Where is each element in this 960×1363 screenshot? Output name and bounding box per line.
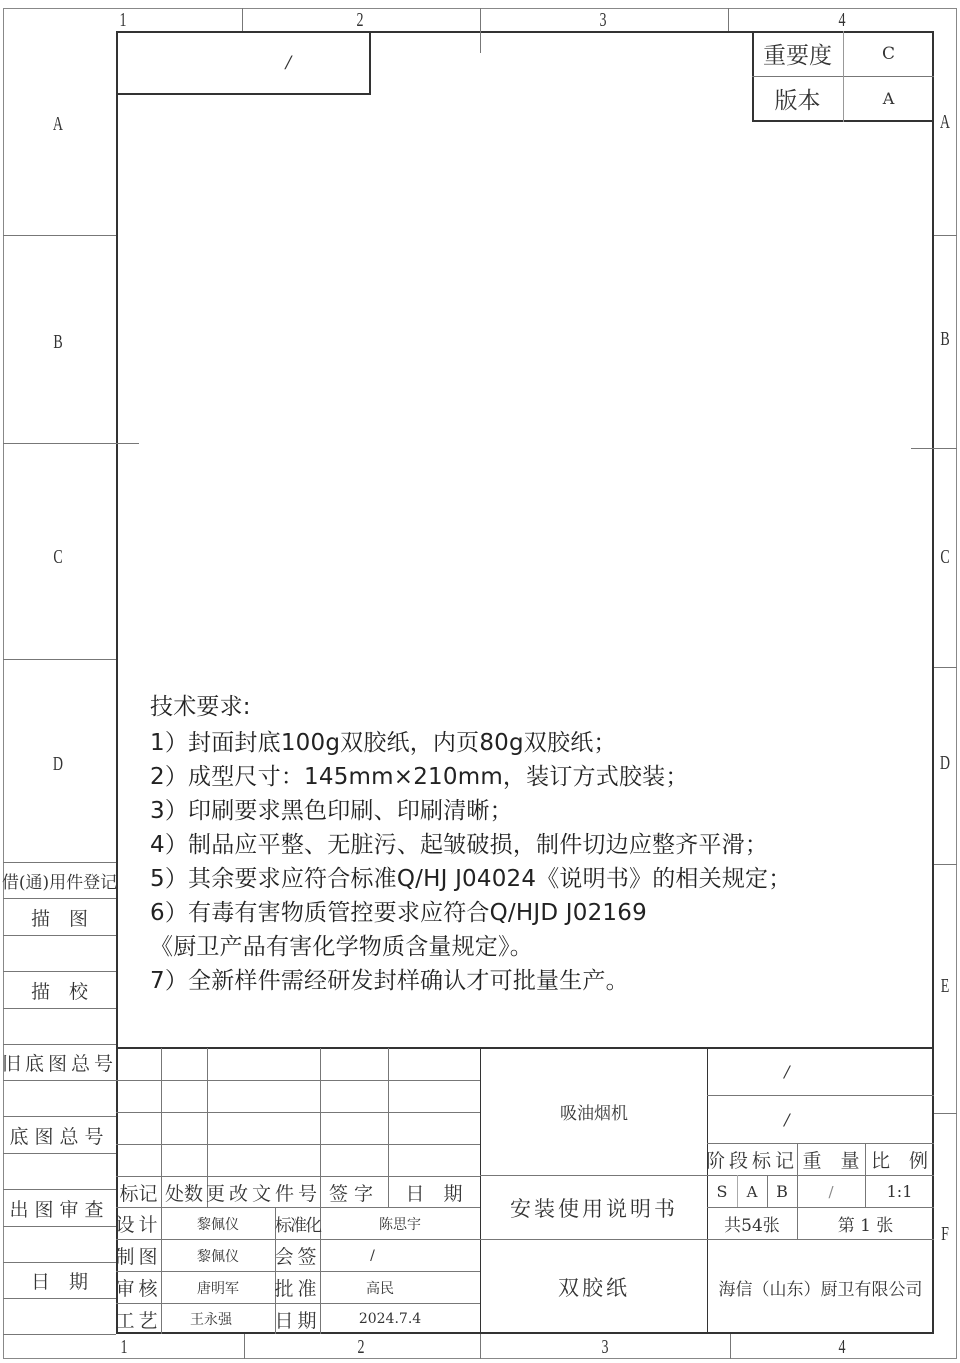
- review-name: 唐明军: [161, 1272, 275, 1303]
- top-zone-divider: [728, 8, 729, 31]
- zone-label-left-C: C: [50, 543, 67, 571]
- registry-divider: [3, 1080, 116, 1081]
- top-left-code-value: /: [116, 31, 461, 95]
- registry-borrowed-parts: 借(通)用件登记: [3, 863, 116, 898]
- design-label: 设计: [116, 1208, 161, 1239]
- document-name: 安装使用说明书: [480, 1176, 708, 1239]
- countersign-label: 会签: [275, 1240, 320, 1271]
- stage-mark-label: 阶段标记: [707, 1144, 797, 1175]
- scale-label: 比 例: [865, 1144, 934, 1175]
- standardization-label: 标准化: [275, 1208, 320, 1239]
- weight-value: /: [797, 1176, 865, 1207]
- tech-requirement-item: 6）有毒有害物质管控要求应符合Q/HJD J02169: [150, 896, 791, 930]
- registry-divider: [3, 1334, 116, 1335]
- zone-label-left-B: B: [50, 328, 67, 356]
- zone-label-top-3: 3: [596, 7, 610, 33]
- design-name: 黎佩仪: [161, 1208, 275, 1239]
- revision-row-line: [116, 1144, 480, 1145]
- zone-label-right-E: E: [937, 972, 954, 1000]
- right-zone-divider: [934, 235, 957, 236]
- zone-label-right-A: A: [937, 108, 954, 136]
- zone-label-right-B: B: [937, 325, 954, 353]
- zone-label-right-F: F: [937, 1220, 954, 1248]
- top-zone-divider: [242, 8, 243, 31]
- zone-label-top-4: 4: [835, 7, 849, 33]
- left-zone-divider: [3, 659, 116, 660]
- tech-requirement-item: 4）制品应平整、无脏污、起皱破损，制件切边应整齐平滑；: [150, 828, 791, 862]
- tech-requirement-item: 1）封面封底100g双胶纸，内页80g双胶纸；: [150, 726, 791, 760]
- zone-label-bottom-3: 3: [598, 1334, 612, 1360]
- zone-label-bottom-4: 4: [835, 1334, 849, 1360]
- stage-A: A: [737, 1176, 767, 1207]
- zone-label-top-2: 2: [353, 7, 367, 33]
- registry-output-review: 出图审查: [3, 1190, 116, 1226]
- tech-requirement-item: 《厨卫产品有害化学物质含量规定》。: [150, 930, 791, 964]
- registry-date: 日 期: [3, 1263, 116, 1298]
- registry-old-base-number: 旧底图总号: [3, 1045, 116, 1080]
- registry-base-number: 底图总号: [3, 1117, 116, 1153]
- importance-label: 重要度: [752, 31, 843, 76]
- tech-requirement-item: 5）其余要求应符合标准Q/HJ J04024《说明书》的相关规定；: [150, 862, 791, 896]
- standardization-name: 陈思宇: [320, 1208, 480, 1239]
- registry-divider: [3, 935, 116, 936]
- right-zone-divider: [934, 864, 957, 865]
- zone-label-bottom-2: 2: [354, 1334, 368, 1360]
- version-value: A: [843, 76, 934, 121]
- revision-header-doc-no: 更改文件号: [207, 1177, 320, 1207]
- zone-label-bottom-1: 1: [117, 1334, 131, 1360]
- scale-value: 1:1: [865, 1176, 934, 1207]
- left-zone-divider: [3, 443, 139, 444]
- tech-requirement-item: 2）成型尺寸：145mm×210mm，装订方式胶装；: [150, 760, 791, 794]
- approve-name: 高民: [320, 1272, 440, 1303]
- left-zone-divider: [3, 235, 116, 236]
- approve-label: 批准: [275, 1272, 320, 1303]
- drawing-code-2: /: [707, 1096, 867, 1143]
- company-name: 海信（山东）厨卫有限公司: [707, 1240, 934, 1334]
- drawing-code-1: /: [707, 1048, 867, 1095]
- drafting-name: 黎佩仪: [161, 1240, 275, 1271]
- tech-requirements-title: 技术要求:: [150, 690, 791, 724]
- review-label: 审核: [116, 1272, 161, 1303]
- bottom-zone-divider: [480, 1334, 481, 1359]
- revision-row-line: [116, 1112, 480, 1113]
- tech-requirement-item: 7）全新样件需经研发封样确认才可批量生产。: [150, 964, 791, 998]
- sheet-number: 第 1 张: [797, 1208, 934, 1239]
- material-name: 双胶纸: [480, 1240, 708, 1334]
- zone-label-top-1: 1: [116, 7, 130, 33]
- right-zone-divider: [934, 667, 957, 668]
- date-label: 日期: [275, 1304, 320, 1334]
- date-value: 2024.7.4: [320, 1304, 460, 1334]
- zone-label-left-D: D: [50, 750, 67, 778]
- zone-label-right-D: D: [937, 749, 954, 777]
- drafting-label: 制图: [116, 1240, 161, 1271]
- process-name: 王永强: [161, 1304, 261, 1334]
- stage-B: B: [767, 1176, 797, 1207]
- right-zone-divider: [934, 1113, 957, 1114]
- zone-label-left-A: A: [50, 110, 67, 138]
- countersign-name: /: [320, 1240, 425, 1271]
- tech-requirement-item: 3）印刷要求黑色印刷、印刷清晰；: [150, 794, 791, 828]
- revision-header-date: 日 期: [388, 1177, 480, 1207]
- revision-row-line: [116, 1080, 480, 1081]
- revision-header-mark: 标记: [116, 1177, 161, 1207]
- top-zone-divider: [480, 8, 481, 53]
- bottom-zone-divider: [730, 1334, 731, 1359]
- registry-divider: [3, 1008, 116, 1009]
- weight-label: 重 量: [797, 1144, 865, 1175]
- zone-label-right-C: C: [937, 543, 954, 571]
- revision-header-count: 处数: [161, 1177, 207, 1207]
- tech-requirements: 技术要求: 1）封面封底100g双胶纸，内页80g双胶纸； 2）成型尺寸：145…: [150, 690, 791, 998]
- registry-divider: [3, 1298, 116, 1299]
- importance-value: C: [843, 31, 934, 76]
- product-name: 吸油烟机: [480, 1048, 708, 1175]
- bottom-zone-divider: [244, 1334, 245, 1359]
- revision-header-sign: 签字: [320, 1177, 388, 1207]
- registry-trace-check: 描 校: [3, 972, 116, 1008]
- registry-divider: [3, 1153, 116, 1154]
- version-label: 版本: [752, 76, 843, 121]
- registry-divider: [3, 1226, 116, 1227]
- registry-tracing: 描 图: [3, 899, 116, 935]
- stage-S: S: [707, 1176, 737, 1207]
- total-sheets: 共54张: [707, 1208, 797, 1239]
- right-zone-divider: [911, 448, 957, 449]
- process-label: 工艺: [116, 1304, 161, 1334]
